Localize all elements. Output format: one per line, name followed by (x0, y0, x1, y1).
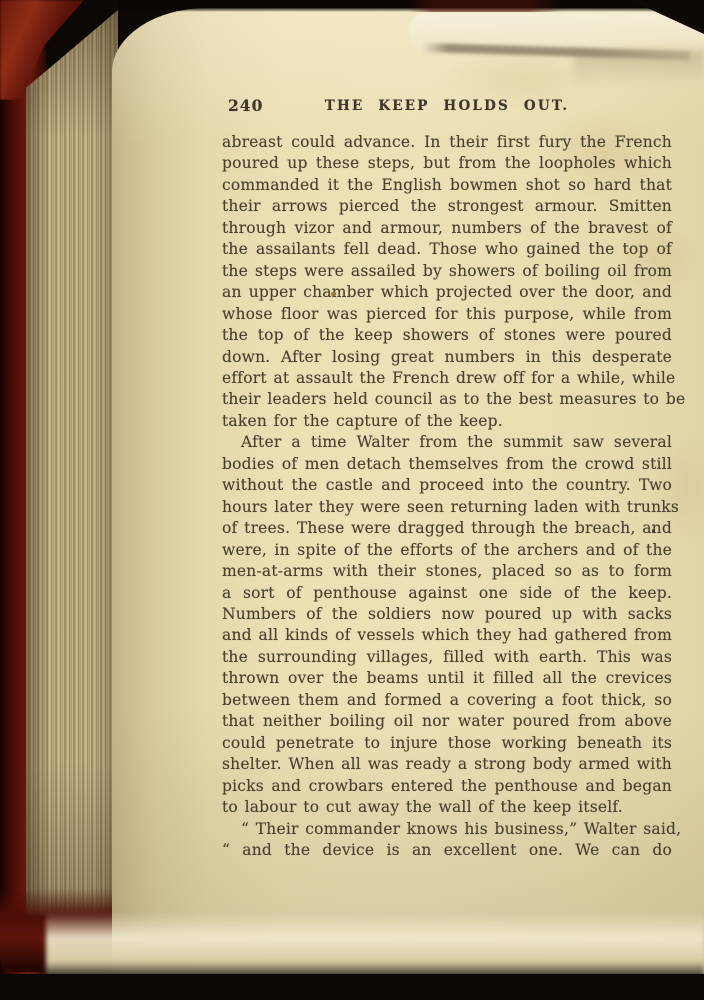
page: 240 THE KEEP HOLDS OUT. abreast could ad… (112, 8, 704, 976)
background-bottom (0, 974, 704, 1000)
text-line: their arrows pierced the strongest armou… (222, 196, 672, 217)
paragraph: abreast could advance. In their first fu… (222, 132, 672, 432)
ink-speck (652, 529, 655, 533)
text-line: bodies of men detach themselves from the… (222, 454, 672, 475)
text-line: hours later they were seen returning lad… (222, 497, 672, 518)
text-line: “ and the device is an excellent one. We… (222, 840, 672, 861)
text-line: thrown over the beams until it filled al… (222, 668, 672, 689)
text-line: could penetrate to injure those working … (222, 733, 672, 754)
paragraph: After a time Walter from the summit saw … (222, 432, 672, 818)
text-line: abreast could advance. In their first fu… (222, 132, 672, 153)
text-line: shelter. When all was ready a strong bod… (222, 754, 672, 775)
ink-speck (331, 292, 336, 296)
text-line: the top of the keep showers of stones we… (222, 325, 672, 346)
page-edge-fade (574, 52, 704, 86)
text-line: to labour to cut away the wall of the ke… (222, 797, 672, 818)
text-line: the assailants fell dead. Those who gain… (222, 239, 672, 260)
text-line: that neither boiling oil nor water poure… (222, 711, 672, 732)
text-line: the steps were assailed by showers of bo… (222, 261, 672, 282)
text-line: picks and crowbars entered the penthouse… (222, 776, 672, 797)
text-line: poured up these steps, but from the loop… (222, 153, 672, 174)
text-line: without the castle and proceed into the … (222, 475, 672, 496)
background-top (118, 0, 704, 12)
page-header: 240 THE KEEP HOLDS OUT. (222, 96, 672, 118)
text-line: Numbers of the soldiers now poured up wi… (222, 604, 672, 625)
page-stack-edge (26, 0, 118, 978)
text-line: and all kinds of vessels which they had … (222, 625, 672, 646)
text-line: effort at assault the French drew off fo… (222, 368, 672, 389)
text-line: men-at-arms with their stones, placed so… (222, 561, 672, 582)
text-line: commanded it the English bowmen shot so … (222, 175, 672, 196)
text-line: a sort of penthouse against one side of … (222, 583, 672, 604)
text-line: After a time Walter from the summit saw … (222, 432, 672, 453)
text-line: an upper chamber which projected over th… (222, 282, 672, 303)
text-line: whose floor was pierced for this purpose… (222, 304, 672, 325)
text-line: “ Their commander knows his business,” W… (222, 819, 672, 840)
text-line: taken for the capture of the keep. (222, 411, 672, 432)
text-line: of trees. These were dragged through the… (222, 518, 672, 539)
text-block: abreast could advance. In their first fu… (222, 132, 672, 861)
text-line: through vizor and armour, numbers of the… (222, 218, 672, 239)
text-line: the surrounding villages, filled with ea… (222, 647, 672, 668)
text-line: were, in spite of the efforts of the arc… (222, 540, 672, 561)
text-line: between them and formed a covering a foo… (222, 690, 672, 711)
page-bottom-edge (46, 912, 704, 980)
text-line: their leaders held council as to the bes… (222, 389, 672, 410)
text-line: down. After losing great numbers in this… (222, 347, 672, 368)
paragraph: “ Their commander knows his business,” W… (222, 819, 672, 862)
running-header: THE KEEP HOLDS OUT. (222, 98, 672, 114)
book-scan: 240 THE KEEP HOLDS OUT. abreast could ad… (0, 0, 704, 1000)
